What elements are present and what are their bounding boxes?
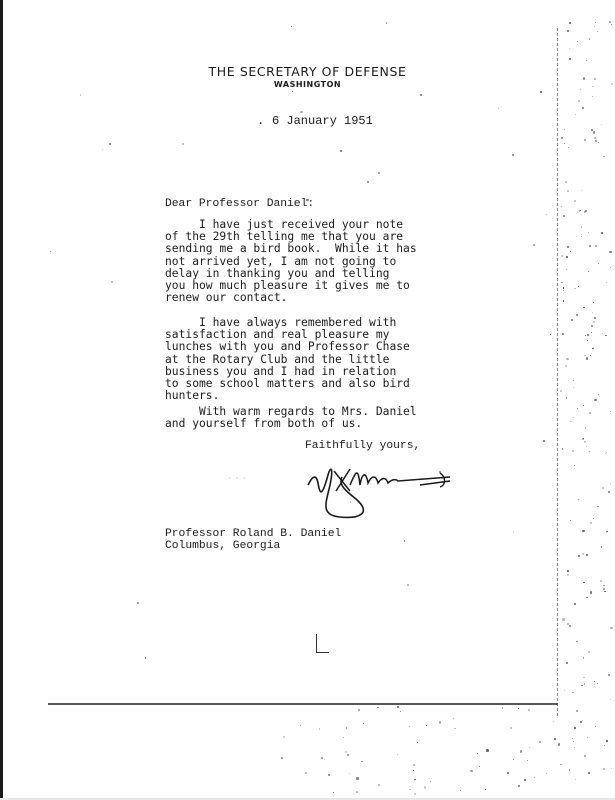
scan-vertical-line [557, 28, 558, 718]
letterhead-location: WASHINGTON [0, 80, 615, 89]
paragraph-2: I have always remembered with satisfacti… [165, 317, 495, 402]
date-dot: . [257, 114, 264, 128]
scan-left-edge [0, 0, 3, 800]
recipient-name: Professor Roland B. Daniel [165, 528, 341, 540]
letterhead-title: THE SECRETARY OF DEFENSE [0, 64, 615, 79]
recipient-city: Columbus, Georgia [165, 540, 280, 552]
signature-icon [300, 455, 470, 525]
corner-bracket-mark [316, 634, 329, 653]
letter-date: 6 January 1951 [272, 114, 373, 128]
scan-horizontal-line [48, 703, 558, 705]
salutation: Dear Professor Daniel: [165, 198, 314, 210]
paragraph-1: I have just received your note of the 29… [165, 219, 495, 304]
paragraph-3: With warm regards to Mrs. Daniel and you… [165, 406, 495, 430]
faint-stamp: · · · [228, 475, 246, 482]
closing: Faithfully yours, [305, 440, 420, 452]
